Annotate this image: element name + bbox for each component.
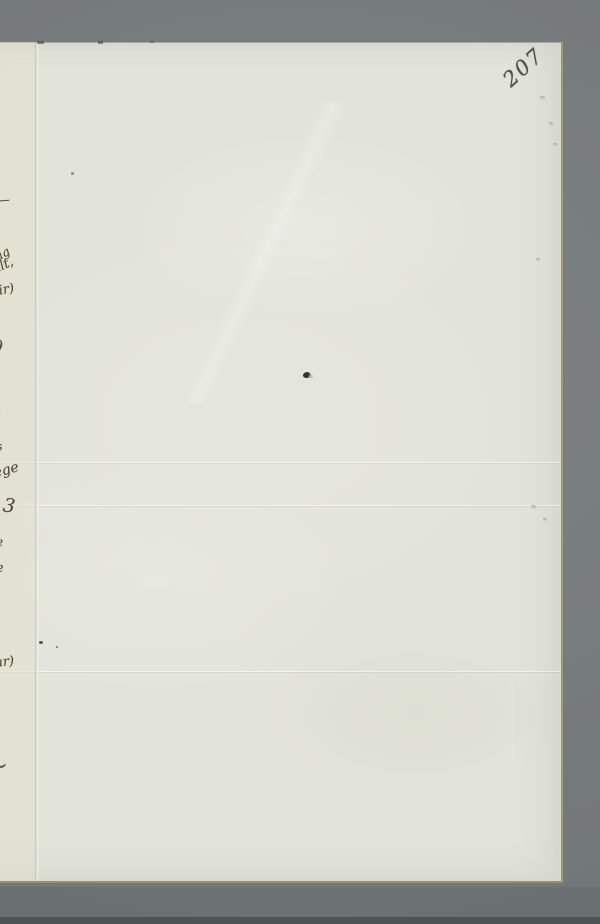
manuscript-scan: — ag mult, oir) ) ) as iège 3 e e aleur)… [0,0,600,924]
paper-speck [56,646,58,648]
handwriting-fragment: e [0,561,4,577]
handwriting-fragment: ) [0,843,1,864]
paper-pockmark [553,143,557,146]
handwriting-fragment: e [0,535,4,550]
paper-edge-nick [150,41,154,43]
handwriting-fragment: iège [0,459,21,483]
page-fold-line [35,42,39,880]
paper-pockmark [540,96,545,100]
handwriting-fragment: mult, [0,255,16,283]
paper-edge-nick [98,41,103,44]
paper-pockmark [536,258,540,261]
handwriting-fragment: ) [0,336,5,359]
paper-crease-lower [0,671,561,673]
mat-board-bottom-edge [0,917,600,924]
paper-crease-upper [0,462,561,464]
paper-pockmark [531,505,536,509]
paper-pockmark [543,518,547,521]
paper-pockmark [549,122,553,126]
handwriting-fragment: — [0,193,11,209]
margin-handwriting: — ag mult, oir) ) ) as iège 3 e e aleur)… [0,0,34,924]
handwriting-fragment: as [0,439,3,455]
handwriting-fragment: ) [0,403,3,428]
paper-speck [71,172,74,175]
mat-board-seam [0,887,600,918]
handwriting-fragment: aleur) [0,654,15,674]
paper-speck [39,641,43,644]
handwriting-fragment: ~ [0,751,10,782]
ink-speck-glint [309,375,313,378]
paper-edge-nick [37,41,44,44]
paper-crease [0,505,561,507]
handwriting-fragment: oir) [0,281,15,300]
handwriting-fragment: 3 [2,494,17,517]
